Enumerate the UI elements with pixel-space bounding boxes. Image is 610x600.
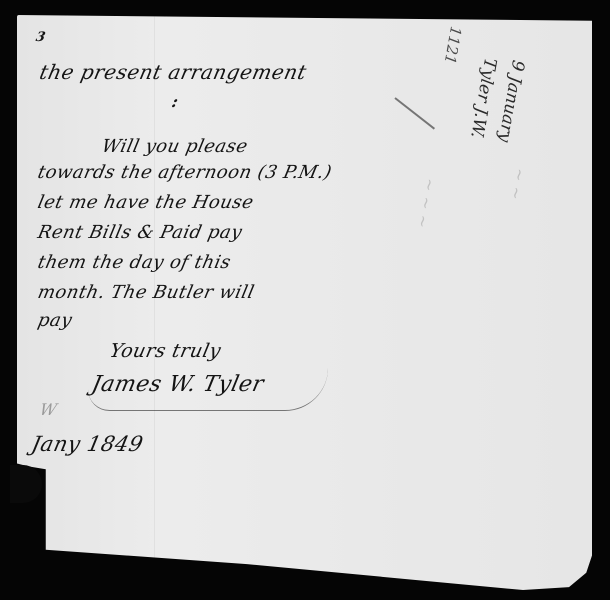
letter-line-3: towards the afternoon (3 P.M.)	[36, 162, 334, 183]
letter-line-1: the present arrangement	[37, 60, 309, 84]
scan-frame: 3 the present arrangement : Will you ple…	[0, 0, 610, 600]
binder-clip-shadow	[10, 465, 42, 503]
letter-line-4: let me have the House	[36, 192, 256, 213]
letter-line-2: Will you please	[100, 136, 250, 157]
letter-date: Jany 1849	[29, 432, 145, 456]
letter-line-8: pay	[36, 310, 74, 331]
letter-line-5: Rent Bills & Paid pay	[36, 222, 244, 243]
letter-signature: James W. Tyler	[89, 372, 266, 397]
letter-closing: Yours truly	[108, 340, 223, 362]
letter-line-7: month. The Butler will	[36, 282, 257, 303]
letter-line-6: them the day of this	[36, 252, 233, 273]
